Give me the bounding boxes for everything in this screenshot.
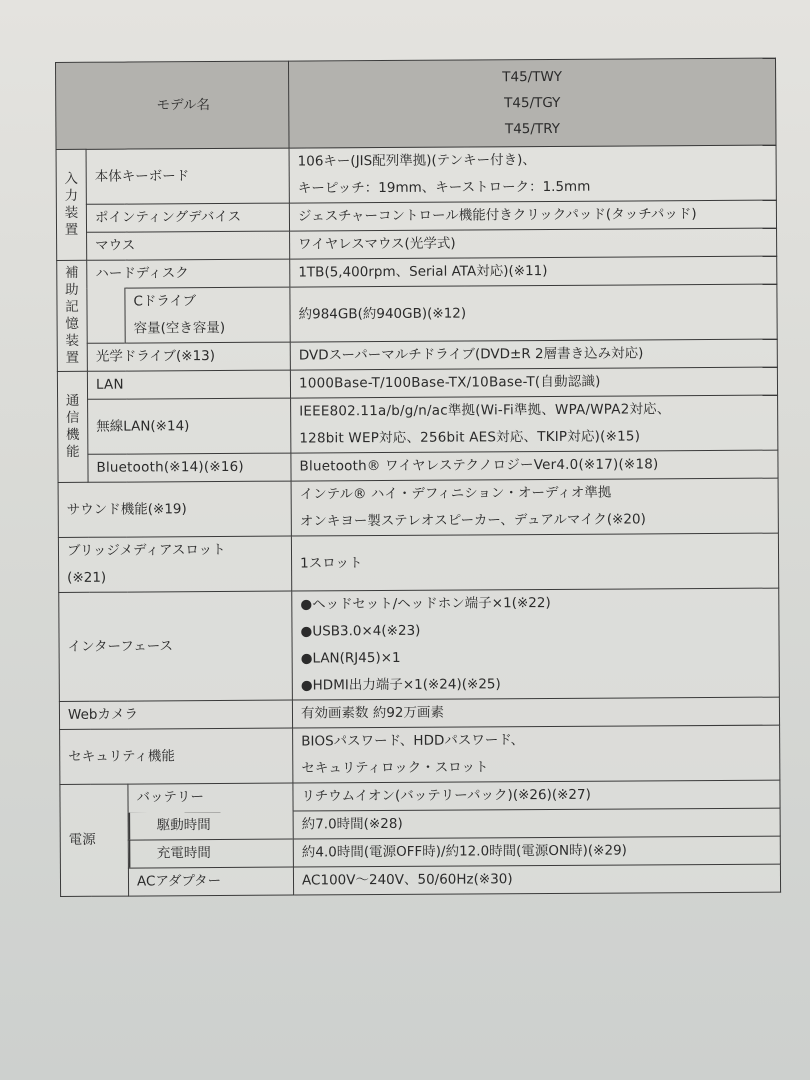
table-row: 駆動時間 約7.0時間(※28): [60, 808, 780, 840]
bridge-media-value: 1スロット: [291, 533, 778, 591]
model-name: T45/TRY: [297, 115, 767, 144]
lan-label: LAN: [87, 370, 290, 399]
label-line: 容量(空き容量): [134, 315, 282, 343]
table-row: 補助記憶装置 ハードディスク 1TB(5,400rpm、Serial ATA対応…: [57, 256, 777, 288]
pointing-value: ジェスチャーコントロール機能付きクリックパッド(タッチパッド): [289, 200, 776, 231]
charge-label: 充電時間: [128, 839, 293, 868]
value-line: IEEE802.11a/b/g/n/ac準拠(Wi-Fi準拠、WPA/WPA2対…: [299, 396, 769, 426]
table-row: マウス ワイヤレスマウス(光学式): [57, 228, 777, 260]
value-line: セキュリティロック・スロット: [301, 753, 771, 783]
c-drive-label: Cドライブ 容量(空き容量): [125, 287, 290, 343]
pointing-label: ポインティングデバイス: [86, 203, 289, 232]
value-line: ●HDMI出力端子×1(※24)(※25): [301, 670, 771, 700]
hdd-value: 1TB(5,400rpm、Serial ATA対応)(※11): [290, 256, 777, 287]
table-row: Webカメラ 有効画素数 約92万画素: [59, 697, 779, 729]
value-line: 128bit WEP対応、256bit AES対応、TKIP対応)(※15): [299, 423, 769, 453]
ac-adapter-value: AC100V～240V、50/60Hz(※30): [293, 864, 780, 895]
category-input-devices: 入力装置: [56, 149, 87, 260]
webcam-value: 有効画素数 約92万画素: [292, 697, 779, 728]
mouse-value: ワイヤレスマウス(光学式): [290, 228, 777, 259]
label-line: Cドライブ: [133, 288, 281, 316]
value-line: キーピッチ：19mm、キーストローク：1.5mm: [298, 173, 768, 203]
charge-value: 約4.0時間(電源OFF時)/約12.0時間(電源ON時)(※29): [293, 836, 780, 867]
value-line: ●ヘッドセット/ヘッドホン端子×1(※22): [300, 589, 770, 619]
webcam-label: Webカメラ: [59, 700, 292, 729]
table-row: 入力装置 本体キーボード 106キー(JIS配列準拠)(テンキー付き)、 キーピ…: [56, 145, 776, 204]
model-header-row: モデル名 T45/TWY T45/TGY T45/TRY: [56, 58, 777, 149]
model-list: T45/TWY T45/TGY T45/TRY: [289, 58, 777, 148]
value-line: インテル® ハイ・デフィニション・オーディオ準拠: [300, 479, 770, 509]
security-value: BIOSパスワード、HDDパスワード、 セキュリティロック・スロット: [293, 725, 780, 783]
battery-label: バッテリー: [128, 783, 293, 812]
sound-label: サウンド機能(※19): [58, 481, 291, 537]
table-row: インターフェース ●ヘッドセット/ヘッドホン端子×1(※22) ●USB3.0×…: [59, 588, 780, 701]
value-line: ●LAN(RJ45)×1: [301, 643, 771, 673]
value-line: BIOSパスワード、HDDパスワード、: [301, 726, 771, 756]
sound-value: インテル® ハイ・デフィニション・オーディオ準拠 オンキヨー製ステレオスピーカー…: [291, 478, 778, 536]
mouse-label: マウス: [87, 231, 290, 260]
lan-value: 1000Base-T/100Base-TX/10Base-T(自動認識): [290, 367, 777, 398]
table-row: Cドライブ 容量(空き容量) 約984GB(約940GB)(※12): [57, 284, 777, 343]
value-line: 106キー(JIS配列準拠)(テンキー付き)、: [298, 146, 768, 176]
table-row: 電源 バッテリー リチウムイオン(バッテリーパック)(※26)(※27): [60, 780, 780, 812]
ac-adapter-label: ACアダプター: [128, 867, 293, 896]
table-row: セキュリティ機能 BIOSパスワード、HDDパスワード、 セキュリティロック・ス…: [60, 725, 780, 784]
table-row: 無線LAN(※14) IEEE802.11a/b/g/n/ac準拠(Wi-Fi準…: [58, 395, 778, 454]
spec-table: モデル名 T45/TWY T45/TGY T45/TRY 入力装置 本体キーボー…: [55, 58, 781, 897]
runtime-label: 駆動時間: [128, 811, 293, 840]
table-row: 通信機能 LAN 1000Base-T/100Base-TX/10Base-T(…: [57, 367, 777, 399]
runtime-value: 約7.0時間(※28): [293, 808, 780, 839]
table-row: ACアダプター AC100V～240V、50/60Hz(※30): [60, 864, 780, 896]
category-storage: 補助記憶装置: [57, 260, 88, 371]
table-row: Bluetooth(※14)(※16) Bluetooth® ワイヤレステクノロ…: [58, 450, 778, 482]
category-communication: 通信機能: [57, 371, 88, 482]
wlan-label: 無線LAN(※14): [88, 398, 291, 454]
category-power: 電源: [60, 784, 129, 896]
model-label: モデル名: [56, 61, 290, 149]
value-line: ●USB3.0×4(※23): [300, 616, 770, 646]
label-line: (※21): [67, 564, 283, 592]
label-line: ブリッジメディアスロット: [67, 537, 283, 565]
wlan-value: IEEE802.11a/b/g/n/ac準拠(Wi-Fi準拠、WPA/WPA2対…: [291, 395, 778, 453]
hdd-label: ハードディスク: [87, 259, 290, 288]
keyboard-label: 本体キーボード: [86, 148, 289, 204]
c-drive-value: 約984GB(約940GB)(※12): [290, 284, 777, 342]
keyboard-value: 106キー(JIS配列準拠)(テンキー付き)、 キーピッチ：19mm、キーストロ…: [289, 145, 776, 203]
indent-spacer: [87, 288, 125, 343]
security-label: セキュリティ機能: [60, 728, 293, 784]
bluetooth-value: Bluetooth® ワイヤレステクノロジーVer4.0(※17)(※18): [291, 450, 778, 481]
bluetooth-label: Bluetooth(※14)(※16): [88, 453, 291, 482]
optical-label: 光学ドライブ(※13): [87, 342, 290, 371]
table-row: ポインティングデバイス ジェスチャーコントロール機能付きクリックパッド(タッチパ…: [56, 200, 776, 232]
model-name: T45/TGY: [297, 89, 767, 118]
spec-sheet: モデル名 T45/TWY T45/TGY T45/TRY 入力装置 本体キーボー…: [55, 58, 780, 897]
interface-value: ●ヘッドセット/ヘッドホン端子×1(※22) ●USB3.0×4(※23) ●L…: [292, 588, 780, 700]
battery-value: リチウムイオン(バッテリーパック)(※26)(※27): [293, 780, 780, 811]
bridge-media-label: ブリッジメディアスロット (※21): [58, 536, 291, 592]
optical-value: DVDスーパーマルチドライブ(DVD±R 2層書き込み対応): [290, 339, 777, 370]
model-name: T45/TWY: [297, 63, 767, 92]
value-line: オンキヨー製ステレオスピーカー、デュアルマイク(※20): [300, 506, 770, 536]
interface-label: インターフェース: [59, 591, 293, 701]
table-row: 光学ドライブ(※13) DVDスーパーマルチドライブ(DVD±R 2層書き込み対…: [57, 339, 777, 371]
table-row: ブリッジメディアスロット (※21) 1スロット: [58, 533, 778, 592]
table-row: サウンド機能(※19) インテル® ハイ・デフィニション・オーディオ準拠 オンキ…: [58, 478, 778, 537]
table-row: 充電時間 約4.0時間(電源OFF時)/約12.0時間(電源ON時)(※29): [60, 836, 780, 868]
